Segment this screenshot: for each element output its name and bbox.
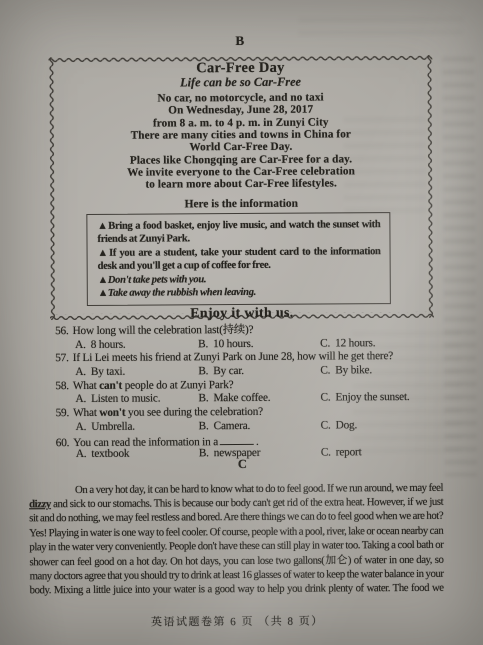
info-item: ▲Bring a food basket, enjoy live music, …	[97, 218, 380, 247]
question-text: If Li Lei meets his friend at Zunyi Park…	[73, 350, 393, 364]
passage-text: and sick to our stomachs. This is becaus…	[29, 496, 444, 597]
car-free-day-flyer: Car-Free Day Life can be so Car-Free No …	[48, 55, 434, 320]
question-number: 59.	[56, 407, 70, 419]
question-list: 56.How long will the celebration last(持续…	[0, 323, 483, 463]
scanned-exam-page: B Car-Free Day Life can be so Car-Free N…	[0, 0, 483, 645]
flyer-body: No car, no motorcycle, and no taxi On We…	[49, 91, 434, 192]
flyer-closing: Enjoy it with us.	[50, 304, 434, 322]
flyer-subtitle: Life can be so Car-Free	[48, 74, 432, 91]
question-number: 58.	[55, 380, 69, 392]
option-a: A.8 hours.	[75, 338, 125, 352]
option-a: A.By taxi.	[75, 366, 125, 380]
option-a: A.Umbrella.	[76, 420, 135, 434]
passage-text: On a very hot day, it can be hard to kno…	[75, 482, 443, 496]
info-heading: Here is the information	[49, 197, 433, 211]
option-a: A.Listen to music.	[75, 393, 160, 407]
info-box: ▲Bring a food basket, enjoy live music, …	[86, 212, 391, 306]
option-c: C.Enjoy the sunset.	[320, 391, 409, 405]
section-b-label: B	[0, 32, 481, 51]
reading-passage: On a very hot day, it can be hard to kno…	[29, 481, 444, 598]
question-text: What	[73, 380, 99, 392]
question-number: 60.	[56, 437, 70, 449]
info-item: ▲If you are a student, take your student…	[98, 245, 381, 274]
info-item: ▲Take away the rubbish when leaving.	[98, 285, 381, 300]
option-c: C.Dog.	[321, 419, 358, 433]
section-c-label: C	[1, 456, 483, 474]
page-footer: 英语试题卷第 6 页 （共 8 页）	[2, 612, 483, 631]
option-b: B.Make coffee.	[198, 392, 270, 406]
answer-blank	[220, 433, 254, 444]
flyer-line: to learn more about Car-Free lifestyles.	[49, 177, 433, 192]
passage-keyword-dizzy: dizzy	[29, 498, 51, 510]
question-number: 56.	[55, 325, 69, 337]
option-c: C.By bike.	[320, 364, 372, 378]
option-b: B.Camera.	[199, 420, 251, 434]
question-number: 57.	[55, 352, 69, 364]
question-text: How long will the celebration last(持续)?	[73, 324, 254, 337]
question-text: What	[73, 407, 99, 419]
option-c: C.12 hours.	[320, 337, 375, 351]
option-b: B.By car.	[198, 365, 244, 379]
option-b: B.10 hours.	[198, 338, 253, 352]
